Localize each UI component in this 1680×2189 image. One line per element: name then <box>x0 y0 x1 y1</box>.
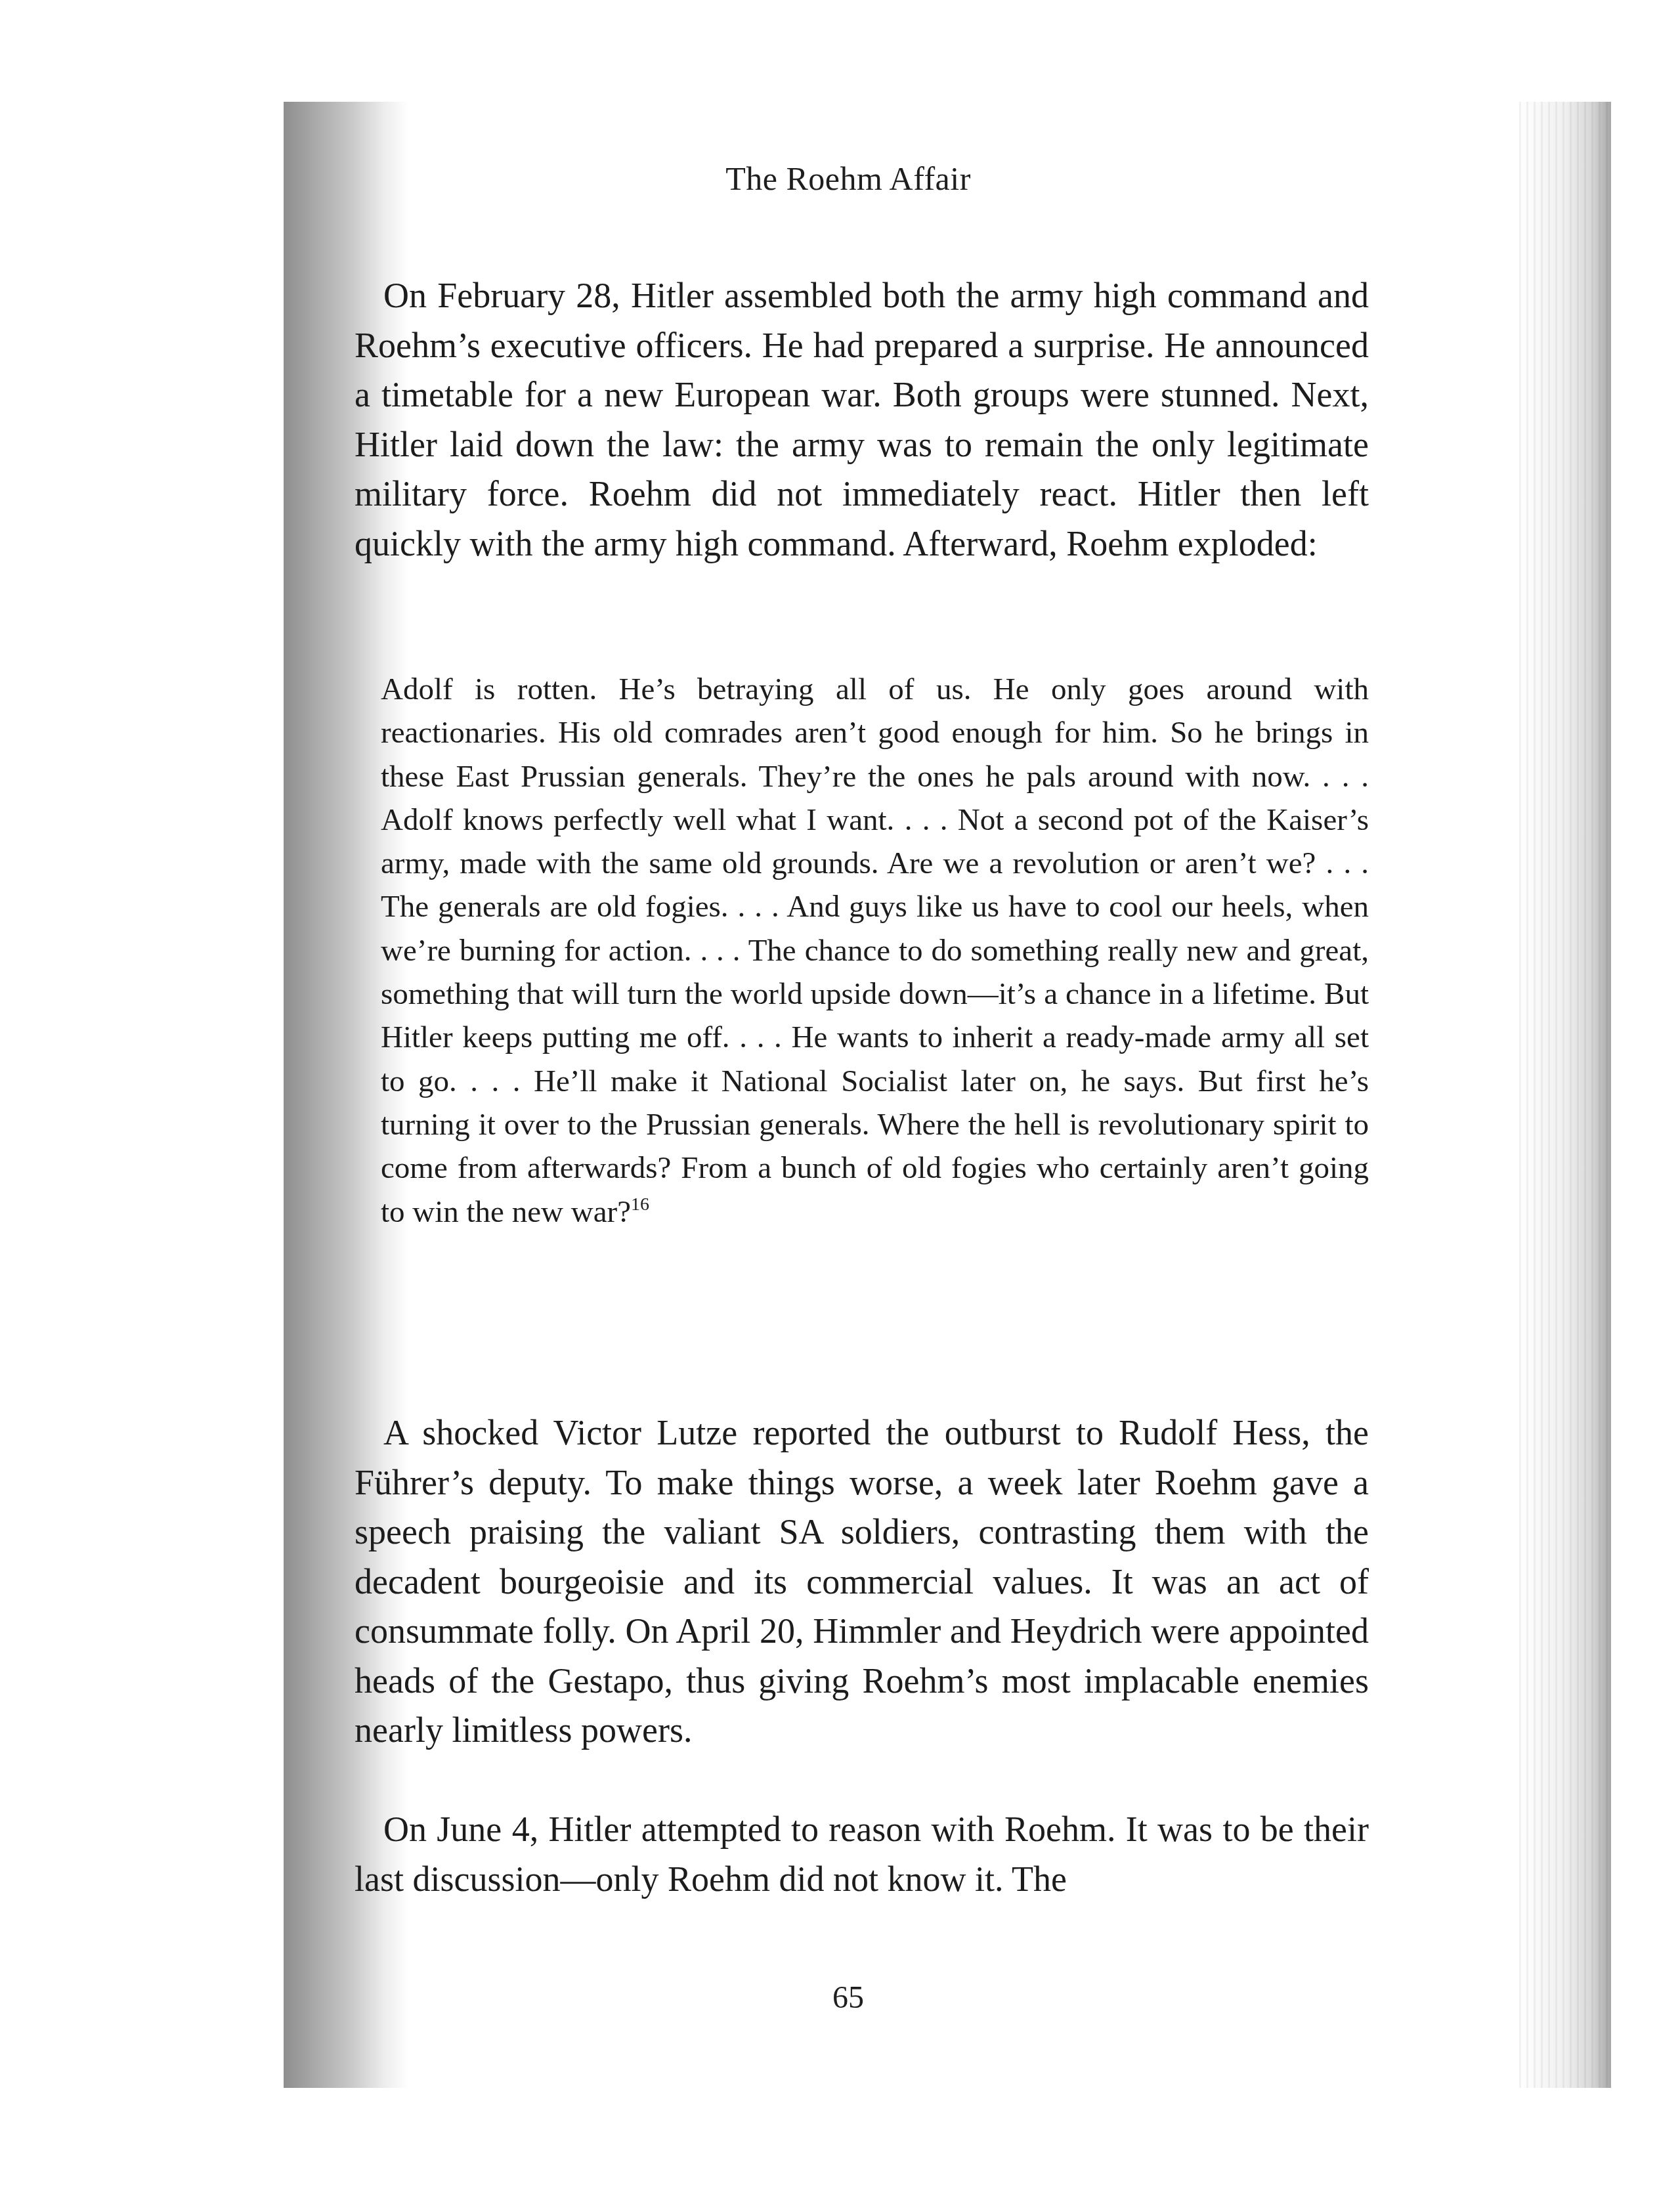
block-quote: Adolf is rotten. He’s betraying all of u… <box>381 668 1369 1234</box>
running-head: The Roehm Affair <box>284 160 1413 198</box>
block-quote-text: Adolf is rotten. He’s betraying all of u… <box>381 672 1369 1229</box>
body-paragraph-2: A shocked Victor Lutze reported the outb… <box>355 1408 1369 1756</box>
body-paragraph-3: On June 4, Hitler attempted to reason wi… <box>355 1805 1369 1904</box>
scanned-book-page: The Roehm Affair On February 28, Hitler … <box>284 102 1611 2088</box>
body-paragraph-1: On February 28, Hitler assembled both th… <box>355 271 1369 569</box>
page-edge-strip <box>1519 102 1611 2088</box>
footnote-marker: 16 <box>631 1194 649 1215</box>
page-number: 65 <box>284 1980 1413 2016</box>
